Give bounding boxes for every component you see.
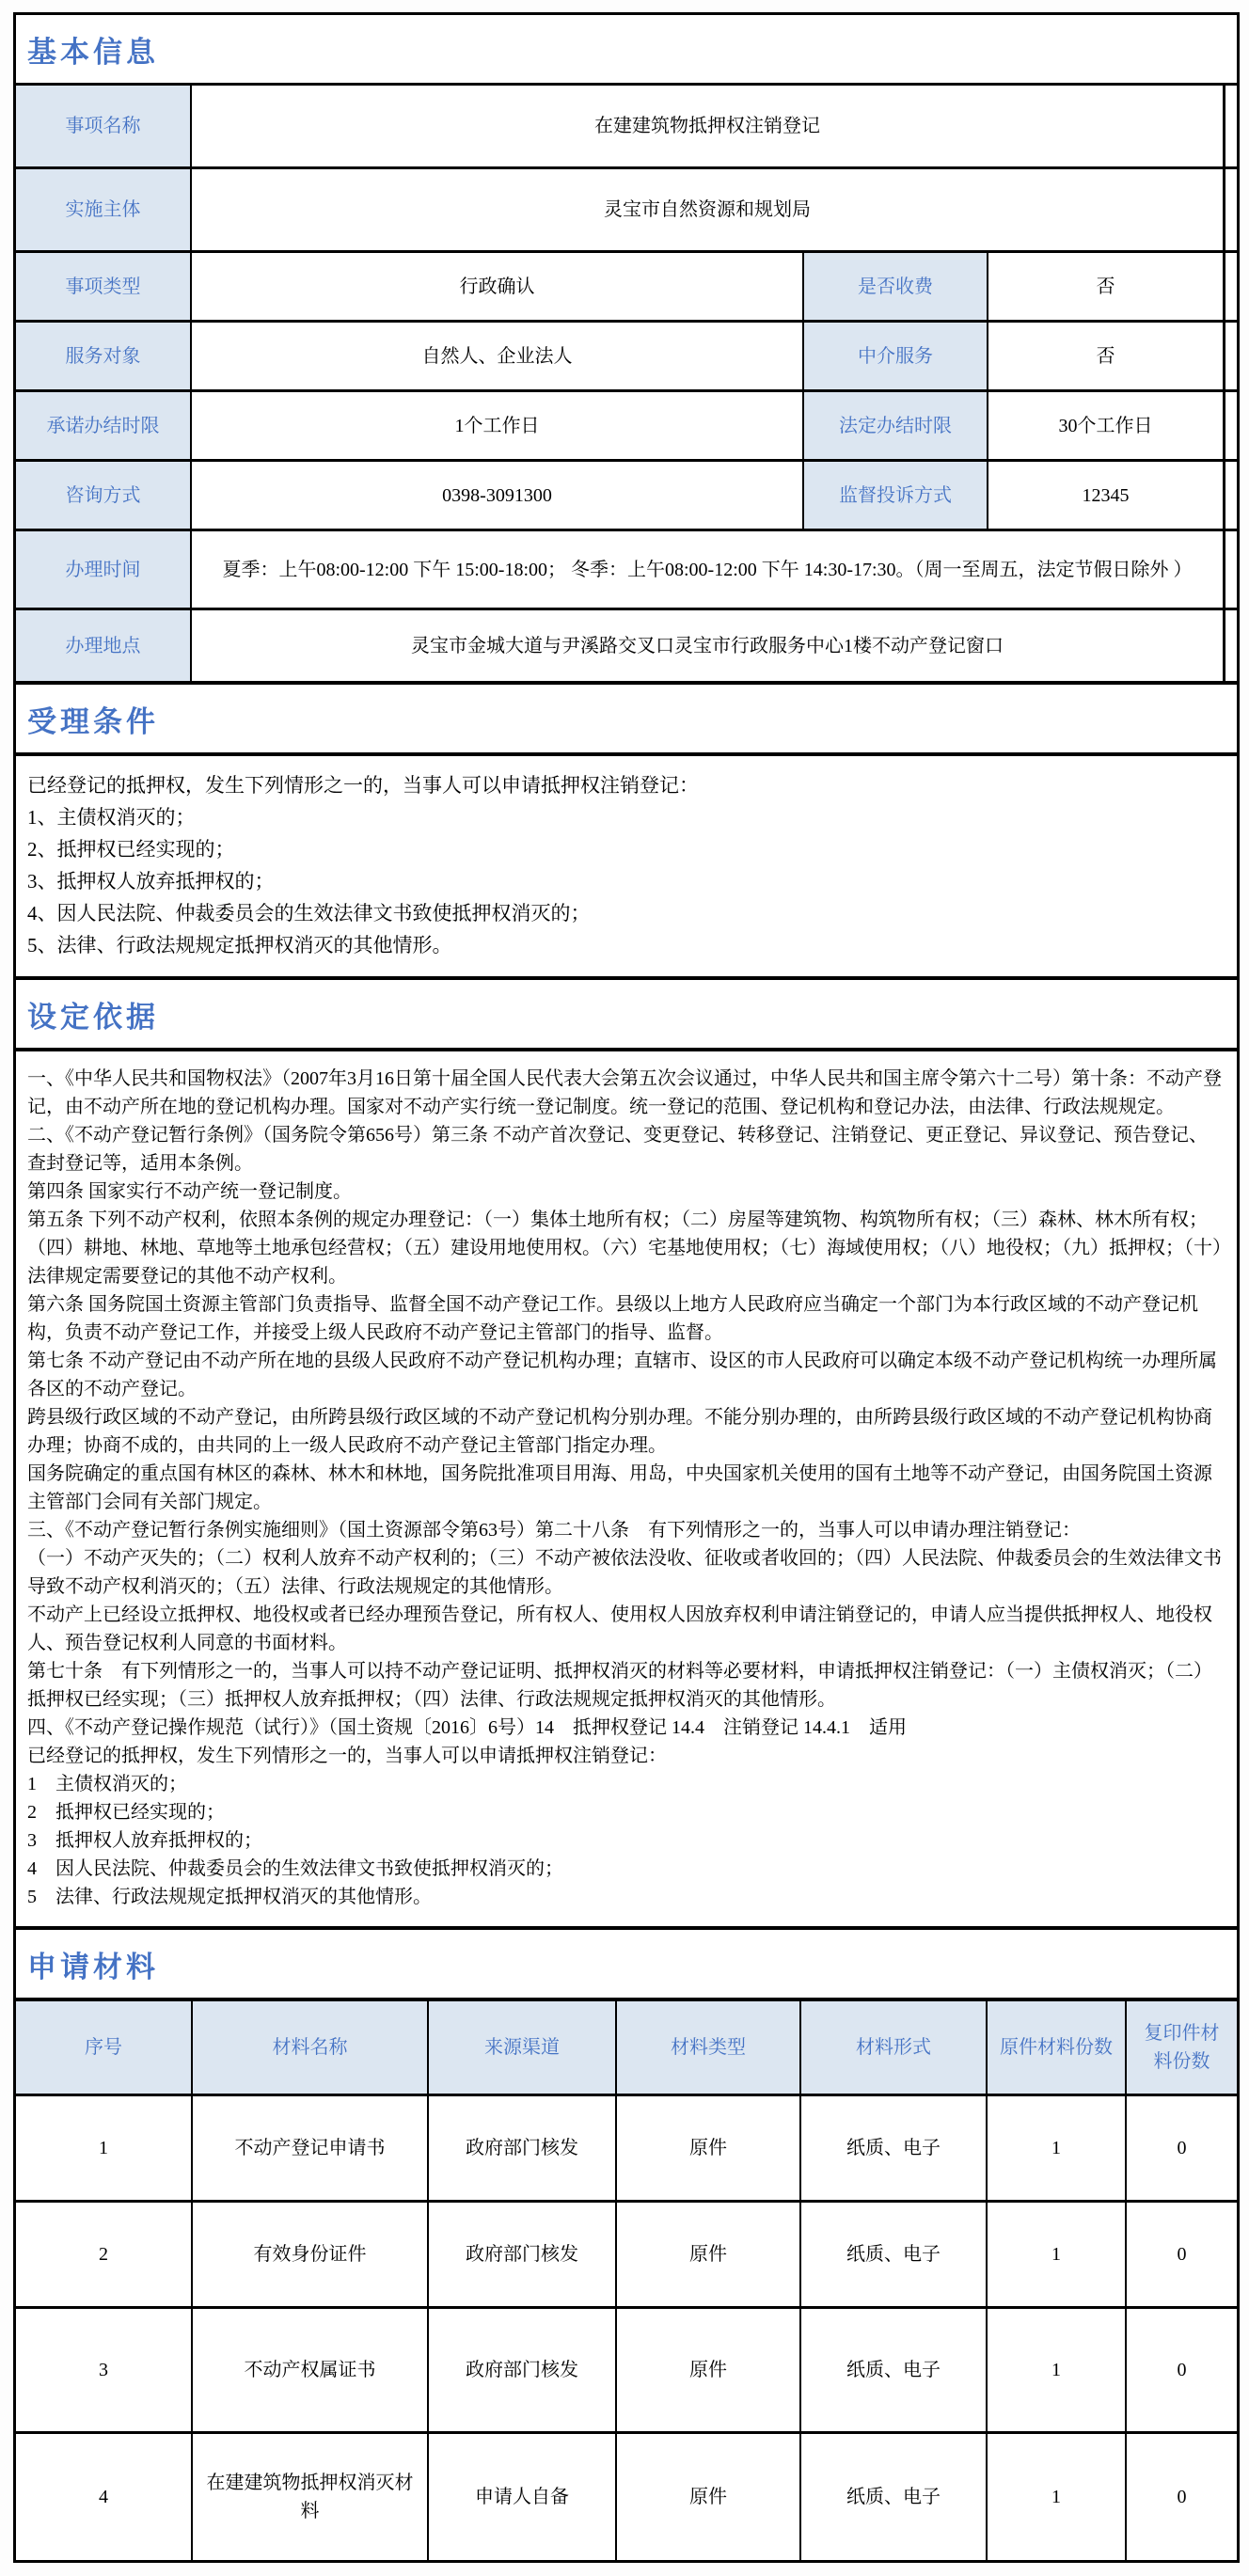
table-gutter-cell	[1223, 253, 1237, 320]
materials-header-cell: 来源渠道	[427, 2001, 615, 2094]
materials-cell: 1	[986, 2434, 1125, 2560]
basis-paragraph: 第六条 国务院国土资源主管部门负责指导、监督全国不动产登记工作。县级以上地方人民…	[27, 1290, 1225, 1347]
materials-cell: 政府部门核发	[427, 2203, 615, 2306]
materials-header-cell: 原件材料份数	[986, 2001, 1125, 2094]
basis-paragraph: 一、《中华人民共和国物权法》（2007年3月16日第十届全国人民代表大会第五次会…	[27, 1065, 1225, 1121]
table-gutter-cell	[1223, 531, 1237, 608]
materials-cell: 1	[986, 2309, 1125, 2431]
materials-header-cell: 材料名称	[191, 2001, 427, 2094]
basis-paragraph: 第五条 下列不动产权利，依照本条例的规定办理登记：（一）集体土地所有权；（二）房…	[27, 1206, 1225, 1290]
acceptance-line: 2、抵押权已经实现的；	[27, 833, 1225, 865]
materials-cell: 政府部门核发	[427, 2309, 615, 2431]
info-value-cell: 自然人、企业法人	[190, 323, 802, 389]
materials-cell: 不动产权属证书	[191, 2309, 427, 2431]
basic-info-section: 基本信息 事项名称在建建筑物抵押权注销登记实施主体灵宝市自然资源和规划局事项类型…	[16, 15, 1237, 681]
materials-row: 4在建建筑物抵押权消灭材料申请人自备原件纸质、电子10	[16, 2431, 1237, 2560]
basis-paragraph: 第四条 国家实行不动产统一登记制度。	[27, 1177, 1225, 1206]
materials-cell: 1	[986, 2203, 1125, 2306]
acceptance-line: 1、主债权消灭的；	[27, 801, 1225, 833]
materials-cell: 0	[1125, 2434, 1237, 2560]
acceptance-section: 受理条件 已经登记的抵押权，发生下列情形之一的，当事人可以申请抵押权注销登记：1…	[16, 681, 1237, 976]
info-value-cell: 1个工作日	[190, 392, 802, 459]
basic-info-title-row: 基本信息	[16, 15, 1237, 83]
materials-cell: 原件	[615, 2203, 799, 2306]
info-value-cell: 否	[987, 253, 1223, 320]
table-gutter-cell	[1223, 392, 1237, 459]
basis-paragraph: 三、《不动产登记暂行条例实施细则》（国土资源部令第63号）第二十八条 有下列情形…	[27, 1516, 1225, 1544]
materials-cell: 1	[16, 2096, 191, 2200]
materials-cell: 原件	[615, 2309, 799, 2431]
basic-info-row: 咨询方式0398-3091300监督投诉方式12345	[16, 459, 1237, 529]
basis-paragraph: 四、《不动产登记操作规范（试行）》（国土资规〔2016〕6号）14 抵押权登记 …	[27, 1714, 1225, 1742]
info-label-cell: 办理地点	[16, 610, 190, 681]
materials-cell: 纸质、电子	[799, 2096, 986, 2200]
basic-info-row: 事项名称在建建筑物抵押权注销登记	[16, 83, 1237, 166]
info-value-cell: 行政确认	[190, 253, 802, 320]
basis-paragraph: 二、《不动产登记暂行条例》（国务院令第656号）第三条 不动产首次登记、变更登记…	[27, 1121, 1225, 1177]
acceptance-line: 5、法律、行政法规规定抵押权消灭的其他情形。	[27, 929, 1225, 961]
basis-paragraph: 不动产上已经设立抵押权、地役权或者已经办理预告登记，所有权人、使用权人因放弃权利…	[27, 1601, 1225, 1657]
materials-cell: 原件	[615, 2096, 799, 2200]
info-label-cell: 办理时间	[16, 531, 190, 608]
basic-info-row: 办理地点灵宝市金城大道与尹溪路交叉口灵宝市行政服务中心1楼不动产登记窗口	[16, 608, 1237, 681]
table-gutter-cell	[1237, 15, 1240, 83]
materials-header-cell: 复印件材料份数	[1125, 2001, 1237, 2094]
table-gutter-cell	[1223, 86, 1237, 166]
materials-cell: 不动产登记申请书	[191, 2096, 427, 2200]
table-gutter-cell	[1223, 610, 1237, 681]
materials-table-rows: 1不动产登记申请书政府部门核发原件纸质、电子102有效身份证件政府部门核发原件纸…	[16, 2094, 1237, 2560]
basic-info-title: 基本信息	[16, 15, 1223, 83]
table-gutter-cell	[1223, 462, 1237, 529]
materials-cell: 纸质、电子	[799, 2203, 986, 2306]
materials-row: 2有效身份证件政府部门核发原件纸质、电子10	[16, 2200, 1237, 2306]
materials-cell: 4	[16, 2434, 191, 2560]
materials-cell: 政府部门核发	[427, 2096, 615, 2200]
materials-row: 1不动产登记申请书政府部门核发原件纸质、电子10	[16, 2094, 1237, 2200]
acceptance-line: 3、抵押权人放弃抵押权的；	[27, 865, 1225, 897]
materials-cell: 原件	[615, 2434, 799, 2560]
info-label-cell: 中介服务	[802, 323, 987, 389]
basis-paragraph: 跨县级行政区域的不动产登记，由所跨县级行政区域的不动产登记机构分别办理。不能分别…	[27, 1403, 1225, 1460]
materials-cell: 0	[1125, 2203, 1237, 2306]
materials-cell: 0	[1125, 2309, 1237, 2431]
info-label-cell: 监督投诉方式	[802, 462, 987, 529]
basis-paragraph: 3 抵押权人放弃抵押权的；	[27, 1826, 1225, 1855]
info-value-cell: 30个工作日	[987, 392, 1223, 459]
basis-paragraph: 1 主债权消灭的；	[27, 1770, 1225, 1798]
info-value-cell: 在建建筑物抵押权注销登记	[190, 86, 1223, 166]
table-gutter-cell	[1223, 169, 1237, 250]
materials-header-cell: 序号	[16, 2001, 191, 2094]
acceptance-title: 受理条件	[16, 685, 1237, 752]
info-value-cell: 灵宝市金城大道与尹溪路交叉口灵宝市行政服务中心1楼不动产登记窗口	[190, 610, 1223, 681]
basis-paragraph: 第七十条 有下列情形之一的，当事人可以持不动产登记证明、抵押权消灭的材料等必要材…	[27, 1657, 1225, 1714]
info-value-cell: 夏季：上午08:00-12:00 下午 15:00-18:00； 冬季：上午08…	[190, 531, 1223, 608]
info-label-cell: 事项名称	[16, 86, 190, 166]
info-label-cell: 法定办结时限	[802, 392, 987, 459]
acceptance-line: 4、因人民法院、仲裁委员会的生效法律文书致使抵押权消灭的；	[27, 897, 1225, 929]
basic-info-row: 服务对象自然人、企业法人中介服务否	[16, 320, 1237, 389]
materials-cell: 申请人自备	[427, 2434, 615, 2560]
materials-table-header: 序号材料名称来源渠道材料类型材料形式原件材料份数复印件材料份数	[16, 1998, 1237, 2094]
acceptance-title-row: 受理条件	[16, 681, 1237, 752]
info-label-cell: 服务对象	[16, 323, 190, 389]
info-label-cell: 咨询方式	[16, 462, 190, 529]
materials-section: 申请材料 序号材料名称来源渠道材料类型材料形式原件材料份数复印件材料份数 1不动…	[16, 1926, 1237, 2560]
info-value-cell: 否	[987, 323, 1223, 389]
materials-cell: 1	[986, 2096, 1125, 2200]
materials-cell: 0	[1125, 2096, 1237, 2200]
basis-content: 一、《中华人民共和国物权法》（2007年3月16日第十届全国人民代表大会第五次会…	[16, 1048, 1237, 1926]
materials-cell: 纸质、电子	[799, 2309, 986, 2431]
basic-info-row: 事项类型行政确认是否收费否	[16, 250, 1237, 320]
materials-header-cell: 材料类型	[615, 2001, 799, 2094]
basic-info-row: 承诺办结时限1个工作日法定办结时限30个工作日	[16, 389, 1237, 459]
materials-title: 申请材料	[16, 1930, 1237, 1998]
materials-cell: 在建建筑物抵押权消灭材料	[191, 2434, 427, 2560]
basis-paragraph: 第七条 不动产登记由不动产所在地的县级人民政府不动产登记机构办理；直辖市、设区的…	[27, 1347, 1225, 1403]
basis-section: 设定依据 一、《中华人民共和国物权法》（2007年3月16日第十届全国人民代表大…	[16, 976, 1237, 1926]
materials-cell: 2	[16, 2203, 191, 2306]
service-item-page: 基本信息 事项名称在建建筑物抵押权注销登记实施主体灵宝市自然资源和规划局事项类型…	[13, 12, 1240, 2563]
basis-title-row: 设定依据	[16, 976, 1237, 1048]
basis-title: 设定依据	[16, 980, 1237, 1048]
basic-info-row: 实施主体灵宝市自然资源和规划局	[16, 166, 1237, 250]
info-value-cell: 0398-3091300	[190, 462, 802, 529]
info-value-cell: 12345	[987, 462, 1223, 529]
acceptance-content: 已经登记的抵押权，发生下列情形之一的，当事人可以申请抵押权注销登记：1、主债权消…	[16, 752, 1237, 976]
basic-info-row: 办理时间夏季：上午08:00-12:00 下午 15:00-18:00； 冬季：…	[16, 529, 1237, 608]
basic-info-rows: 事项名称在建建筑物抵押权注销登记实施主体灵宝市自然资源和规划局事项类型行政确认是…	[16, 83, 1237, 681]
materials-cell: 有效身份证件	[191, 2203, 427, 2306]
basis-paragraph: 已经登记的抵押权，发生下列情形之一的，当事人可以申请抵押权注销登记：	[27, 1742, 1225, 1770]
materials-title-row: 申请材料	[16, 1926, 1237, 1998]
info-label-cell: 承诺办结时限	[16, 392, 190, 459]
basis-paragraph: 4 因人民法院、仲裁委员会的生效法律文书致使抵押权消灭的；	[27, 1855, 1225, 1883]
materials-cell: 纸质、电子	[799, 2434, 986, 2560]
table-gutter-cell	[1223, 323, 1237, 389]
basis-paragraph: 5 法律、行政法规规定抵押权消灭的其他情形。	[27, 1883, 1225, 1911]
materials-header-cell: 材料形式	[799, 2001, 986, 2094]
info-label-cell: 事项类型	[16, 253, 190, 320]
basis-paragraph: （一）不动产灭失的；（二）权利人放弃不动产权利的；（三）不动产被依法没收、征收或…	[27, 1544, 1225, 1601]
materials-row: 3不动产权属证书政府部门核发原件纸质、电子10	[16, 2306, 1237, 2431]
basis-paragraph: 2 抵押权已经实现的；	[27, 1798, 1225, 1826]
basis-paragraph: 国务院确定的重点国有林区的森林、林木和林地，国务院批准项目用海、用岛，中央国家机…	[27, 1460, 1225, 1516]
info-value-cell: 灵宝市自然资源和规划局	[190, 169, 1223, 250]
materials-cell: 3	[16, 2309, 191, 2431]
acceptance-line: 已经登记的抵押权，发生下列情形之一的，当事人可以申请抵押权注销登记：	[27, 769, 1225, 801]
info-label-cell: 是否收费	[802, 253, 987, 320]
info-label-cell: 实施主体	[16, 169, 190, 250]
